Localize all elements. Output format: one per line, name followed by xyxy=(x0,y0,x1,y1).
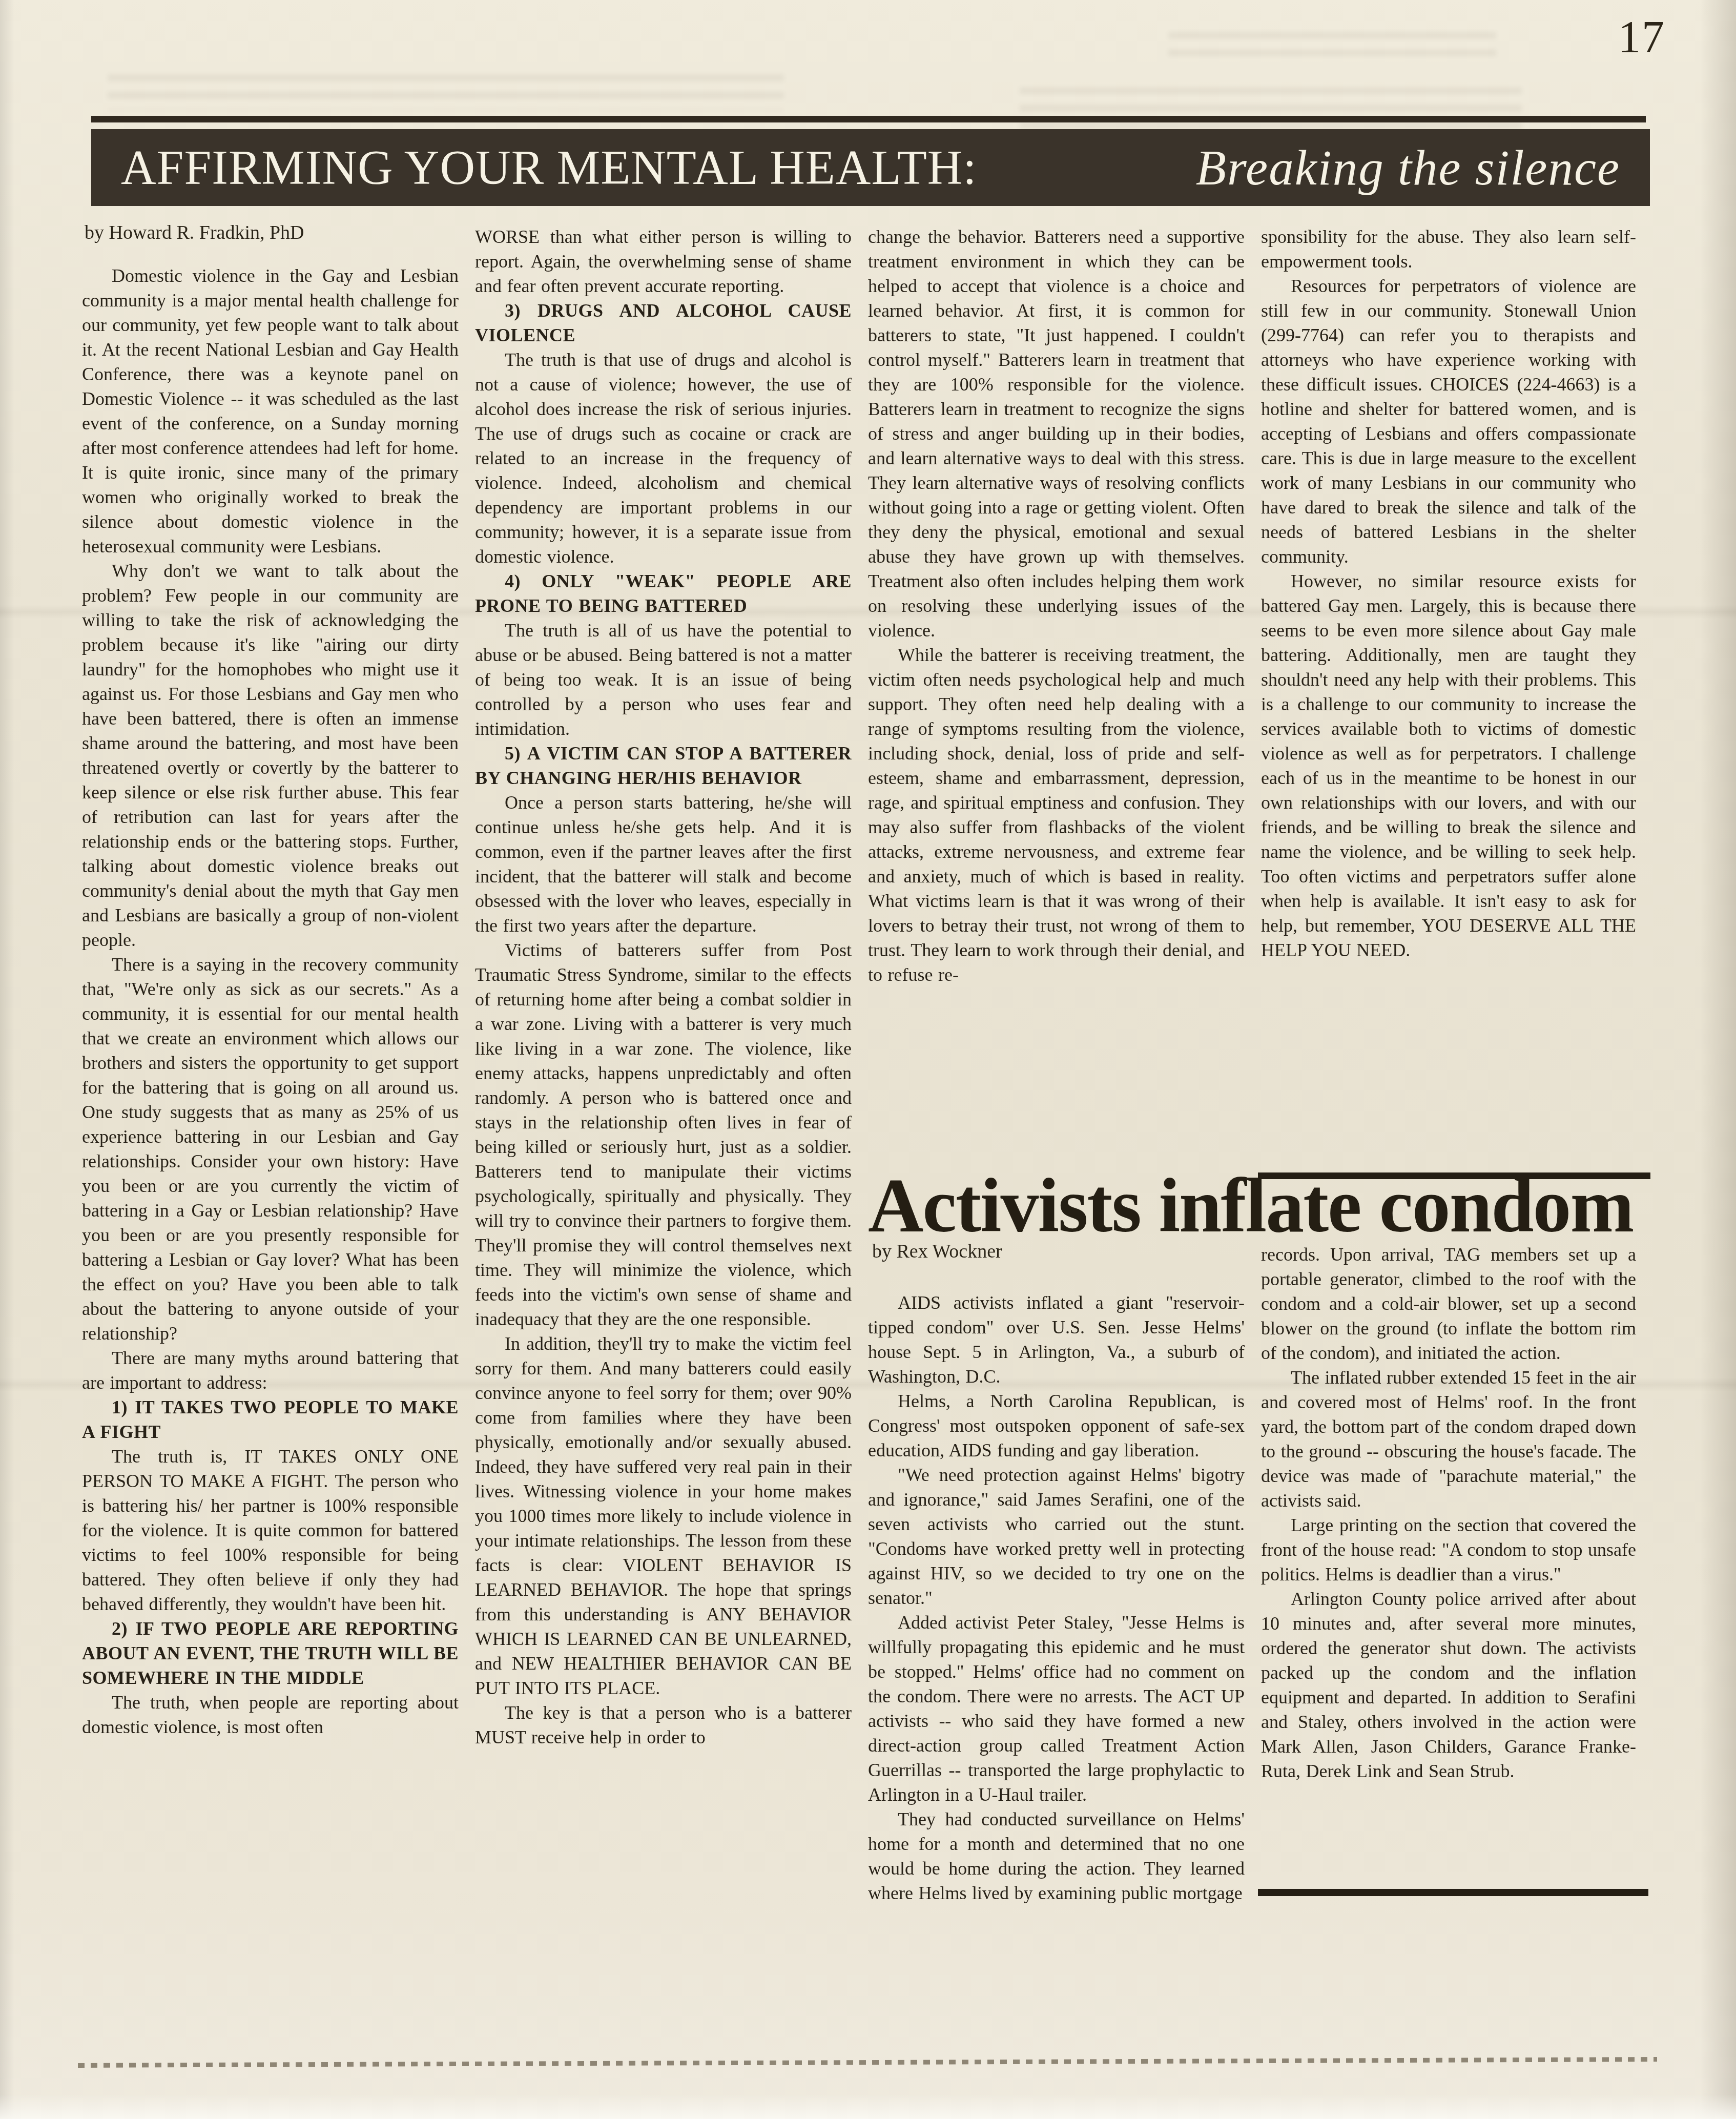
article-paragraph: Victims of batterers suffer from Post Tr… xyxy=(475,938,852,1331)
article-paragraph: AIDS activists inflated a giant "reservo… xyxy=(868,1290,1245,1389)
myth-subhead: 1) IT TAKES TWO PEOPLE TO MAKE A FIGHT xyxy=(82,1395,459,1444)
scan-edge-shadow xyxy=(1700,0,1736,2119)
myth-subhead: 4) ONLY "WEAK" PEOPLE ARE PRONE TO BEING… xyxy=(475,569,852,618)
article-paragraph: The inflated rubber extended 15 feet in … xyxy=(1261,1365,1636,1513)
article-paragraph-continued: records. Upon arrival, TAG members set u… xyxy=(1261,1242,1636,1365)
bleed-through-artifact xyxy=(108,74,784,110)
article1-column-4: sponsibility for the abuse. They also le… xyxy=(1261,224,1636,962)
article-paragraph: Resources for perpetrators of violence a… xyxy=(1261,274,1636,569)
article-paragraph: The truth is all of us have the potentia… xyxy=(475,618,852,741)
article1-title: AFFIRMING YOUR MENTAL HEALTH: xyxy=(121,139,977,196)
article-paragraph: While the batterer is receiving treatmen… xyxy=(868,643,1245,987)
article1-subtitle: Breaking the silence xyxy=(1196,139,1620,196)
newspaper-page: 17 AFFIRMING YOUR MENTAL HEALTH: Breakin… xyxy=(0,0,1736,2119)
article2-byline: by Rex Wockner xyxy=(872,1240,1002,1263)
article-paragraph: The truth is that use of drugs and alcoh… xyxy=(475,347,852,569)
article-paragraph: Large printing on the section that cover… xyxy=(1261,1513,1636,1587)
myth-subhead: 3) DRUGS AND ALCOHOL CAUSE VIOLENCE xyxy=(475,298,852,347)
article-paragraph: Added activist Peter Staley, "Jesse Helm… xyxy=(868,1610,1245,1807)
article-paragraph: Once a person starts battering, he/she w… xyxy=(475,790,852,938)
page-number: 17 xyxy=(1618,11,1665,63)
article1-column-3: change the behavior. Batterers need a su… xyxy=(868,224,1245,987)
scan-edge-shadow xyxy=(0,0,14,2119)
article-paragraph-continued: change the behavior. Batterers need a su… xyxy=(868,224,1245,643)
article2-end-rule xyxy=(1258,1889,1648,1896)
article-paragraph-continued: sponsibility for the abuse. They also le… xyxy=(1261,224,1636,274)
scan-edge-shadow xyxy=(0,2094,1736,2119)
article-paragraph: In addition, they'll try to make the vic… xyxy=(475,1331,852,1700)
article-paragraph: They had conducted surveillance on Helms… xyxy=(868,1807,1245,1905)
article-paragraph: Arlington County police arrived after ab… xyxy=(1261,1587,1636,1783)
bleed-through-artifact xyxy=(1168,32,1496,58)
article1-banner: AFFIRMING YOUR MENTAL HEALTH: Breaking t… xyxy=(91,129,1650,206)
article-paragraph: "We need protection against Helms' bigot… xyxy=(868,1463,1245,1610)
article1-column-2: WORSE than what either person is willing… xyxy=(475,224,852,1750)
article-paragraph: The key is that a person who is a batter… xyxy=(475,1700,852,1750)
article-paragraph: Domestic violence in the Gay and Lesbian… xyxy=(82,263,459,559)
article1-column-1: Domestic violence in the Gay and Lesbian… xyxy=(82,263,459,1739)
article-paragraph-continued: WORSE than what either person is willing… xyxy=(475,224,852,298)
article-paragraph: However, no similar resource exists for … xyxy=(1261,569,1636,962)
top-rule xyxy=(91,116,1646,122)
article2-column-2: records. Upon arrival, TAG members set u… xyxy=(1261,1242,1636,1783)
myth-subhead: 5) A VICTIM CAN STOP A BATTERER BY CHANG… xyxy=(475,741,852,790)
article-paragraph: There is a saying in the recovery commun… xyxy=(82,952,459,1346)
myth-subhead: 2) IF TWO PEOPLE ARE REPORTING ABOUT AN … xyxy=(82,1616,459,1690)
article-paragraph: There are many myths around battering th… xyxy=(82,1346,459,1395)
article-paragraph: The truth, when people are reporting abo… xyxy=(82,1690,459,1739)
article2-column-1: AIDS activists inflated a giant "reservo… xyxy=(868,1290,1245,1905)
article-paragraph: Why don't we want to talk about the prob… xyxy=(82,559,459,952)
article-paragraph: Helms, a North Carolina Republican, is C… xyxy=(868,1389,1245,1463)
bottom-dashed-rule xyxy=(78,2057,1657,2068)
article1-byline: by Howard R. Fradkin, PhD xyxy=(85,221,304,244)
article-paragraph: The truth is, IT TAKES ONLY ONE PERSON T… xyxy=(82,1444,459,1616)
